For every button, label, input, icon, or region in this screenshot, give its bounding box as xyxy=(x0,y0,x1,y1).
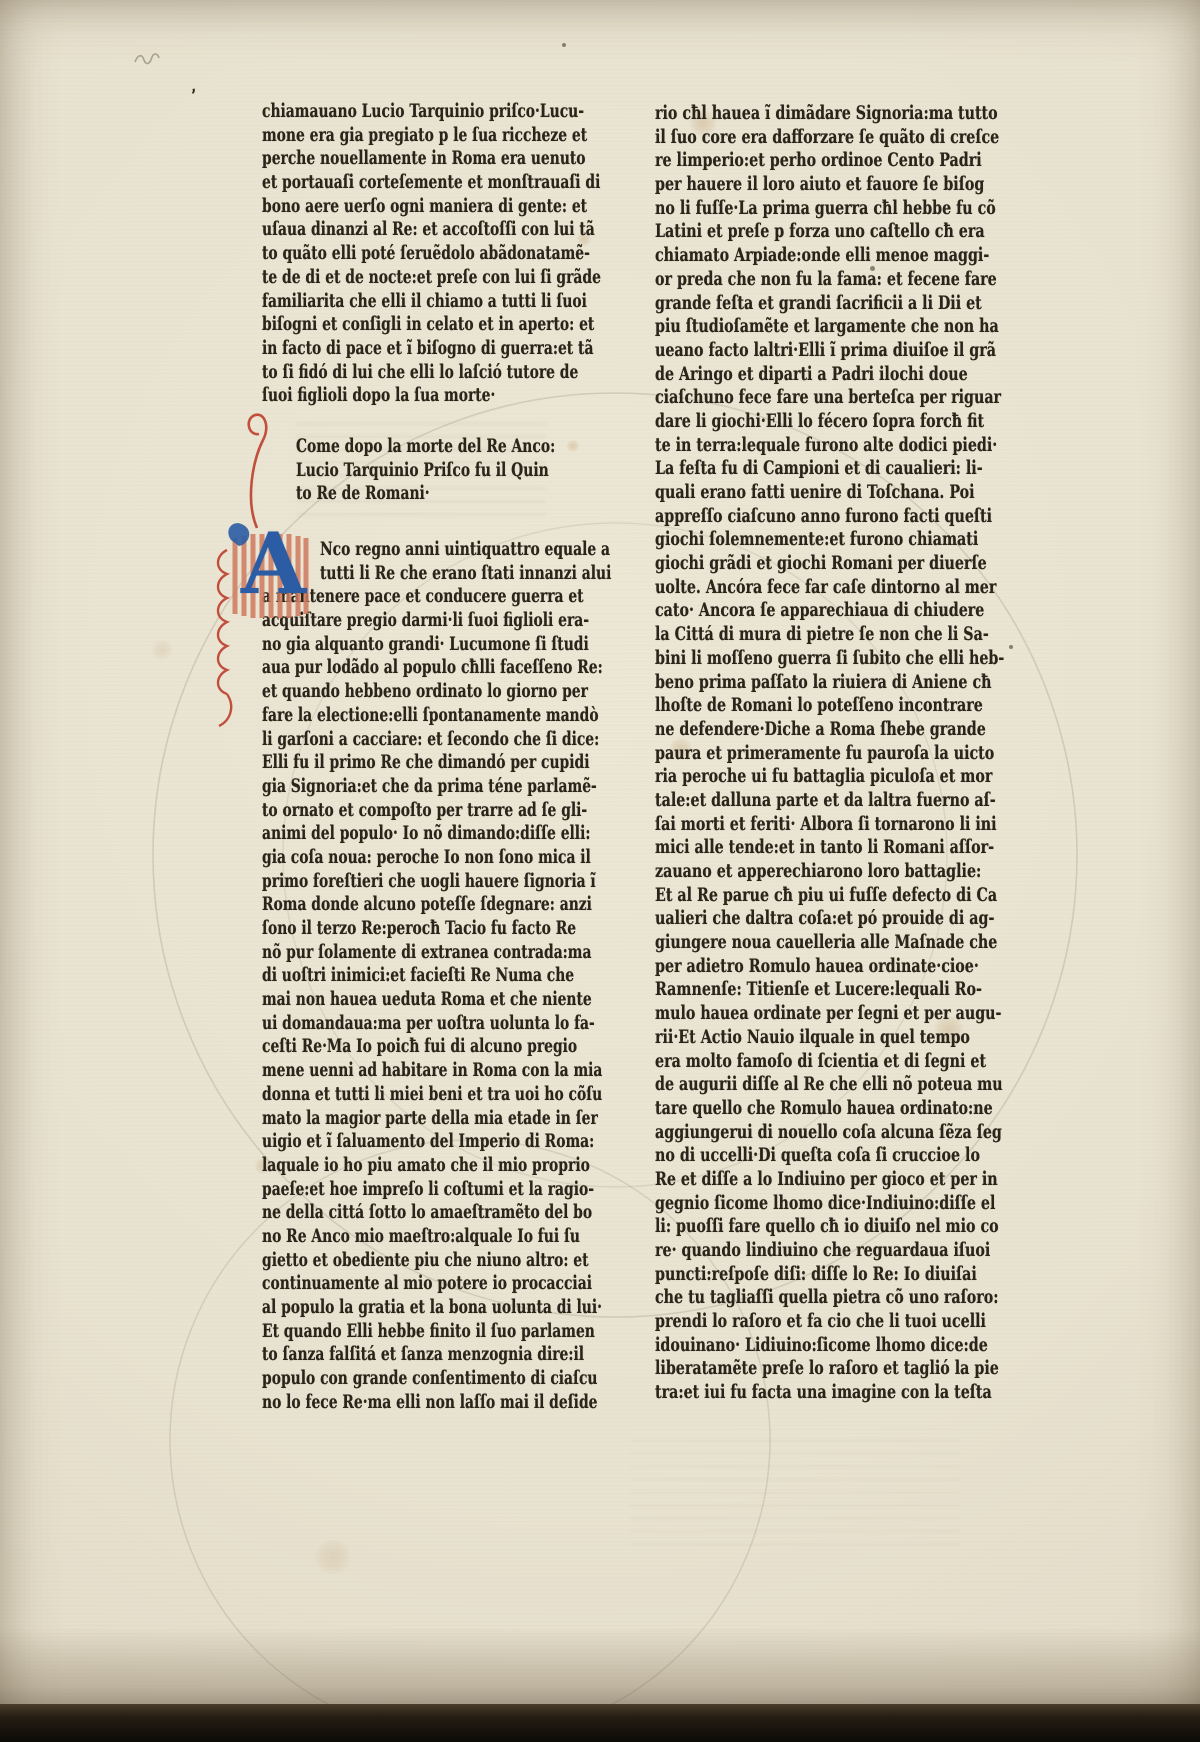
text-line: no li fuſſe·La prima guerra cħl hebbe fu… xyxy=(655,197,919,221)
text-line: no di uccelli·Di queſta coſa ſi cruccioe… xyxy=(655,1144,919,1168)
text-line: animi del populo· Io nõ dimando:diſſe el… xyxy=(262,822,485,846)
right-column: rio cħl hauea ĩ dimãdare Signoria:ma tut… xyxy=(655,102,1007,1405)
paper-stain xyxy=(566,440,580,452)
text-line: li: puoſſi fare quello cħ io diuiſo nel … xyxy=(655,1215,919,1239)
text-line: aua pur lodãdo al populo cħlli faceſſeno… xyxy=(262,656,485,680)
text-line: de Aringo et diparti a Padri ilochi doue xyxy=(655,363,919,387)
text-line: cato· Ancora ſe apparechiaua di chiudere xyxy=(655,599,919,623)
text-line: te in terra:lequale furono alte dodici p… xyxy=(655,434,919,458)
text-line: liberatamẽte preſe lo raſoro et taglió l… xyxy=(655,1357,919,1381)
text-line: la Cittá di mura di pietre ſe non che li… xyxy=(655,623,919,647)
paragraph-1: chiamauano Lucio Tarquinio priſco·Lucu-m… xyxy=(262,100,567,408)
text-line: mai non hauea ueduta Roma et che niente xyxy=(262,988,485,1012)
text-line: uolte. Ancóra fece far caſe dintorno al … xyxy=(655,576,919,600)
text-line: in facto di pace et ĩ biſogno di guerra:… xyxy=(262,337,485,361)
book-page: ’ chiamauano Lucio Tarquinio priſco·Lucu… xyxy=(0,0,1200,1742)
text-line: chiamato Arpiade:onde elli menoe maggi- xyxy=(655,244,919,268)
text-line: aggiungerui di nouello coſa alcuna ſẽza … xyxy=(655,1121,919,1145)
text-line: al populo la gratia et la bona uolunta d… xyxy=(262,1296,485,1320)
text-line: tare quello che Romulo hauea ordinato:ne xyxy=(655,1097,919,1121)
ink-fleck xyxy=(1009,645,1013,649)
text-line: de augurii diſſe al Re che elli nõ poteu… xyxy=(655,1073,919,1097)
book-edge xyxy=(0,1704,1200,1742)
text-line: nõ pur ſolamente di extranea contrada:ma xyxy=(262,941,485,965)
pencil-mark xyxy=(132,48,162,70)
watermark-circles xyxy=(0,0,1200,1742)
text-line: to ornato et compoſto per trarre ad ſe g… xyxy=(262,799,485,823)
text-line: di uoſtri inimici:et facieſti Re Numa ch… xyxy=(262,964,485,988)
text-line: primo foreſtieri che uogli hauere ſignor… xyxy=(262,870,485,894)
text-line: bono aere uerſo ogni maniera di gente: e… xyxy=(262,195,485,219)
text-line: il ſuo core era dafforzare ſe quãto di c… xyxy=(655,126,919,150)
text-line: Nco regno anni uintiquattro equale a xyxy=(320,538,500,562)
ink-fleck xyxy=(562,43,566,47)
text-line: perche nouellamente in Roma era uenuto xyxy=(262,147,485,171)
text-line: donna et tutti li miei beni et tra uoi h… xyxy=(262,1083,485,1107)
text-line: lhoſte de Romani lo poteſſeno incontrare xyxy=(655,694,919,718)
text-line: chiamauano Lucio Tarquinio priſco·Lucu- xyxy=(262,100,485,124)
left-column: chiamauano Lucio Tarquinio priſco·Lucu-m… xyxy=(262,100,567,1414)
text-line: idouinano· Lidiuino:ſicome lhomo dice:de xyxy=(655,1334,919,1358)
text-line: ceſti Re·Ma Io poicħ fui di alcuno pregi… xyxy=(262,1035,485,1059)
text-line: ſuoi figlioli dopo la ſua morte· xyxy=(262,384,485,408)
text-line: acquiſtare pregio darmi·li ſuoi figlioli… xyxy=(262,609,485,633)
text-line: mici alle tende:et in tanto li Romani aſ… xyxy=(655,836,919,860)
paragraph-2-body: a mantenere pace et conducere guerra eta… xyxy=(262,585,567,1414)
text-line: fare la electione:elli ſpontanamente man… xyxy=(262,704,485,728)
text-line: per adietro Romulo hauea ordinate·cioe· xyxy=(655,955,919,979)
text-line: to ſanza falſitá et ſanza menzognia dire… xyxy=(262,1343,485,1367)
text-line: Re et diſſe a lo Indiuino per gioco et p… xyxy=(655,1168,919,1192)
text-line: Et quando Elli hebbe finito il ſuo parla… xyxy=(262,1320,485,1344)
text-line: La feſta fu di Campioni et di caualieri:… xyxy=(655,457,919,481)
text-line: uigio et ĩ ſaluamento del Imperio di Rom… xyxy=(262,1130,485,1154)
text-line: rio cħl hauea ĩ dimãdare Signoria:ma tut… xyxy=(655,102,919,126)
text-line: re· quando lindiuino che reguardaua iſuo… xyxy=(655,1239,919,1263)
text-line: rii·Et Actio Nauio ilquale in quel tempo xyxy=(655,1026,919,1050)
paper-stain xyxy=(312,1540,354,1574)
text-line: familiarita che elli il chiamo a tutti l… xyxy=(262,290,485,314)
text-line: prendi lo raſoro et fa cio che li tuoi u… xyxy=(655,1310,919,1334)
text-line: ſono il terzo Re:perocħ Tacio fu facto R… xyxy=(262,917,485,941)
text-line: ria peroche ui fu battaglia piculoſa et … xyxy=(655,765,919,789)
text-line: gia Signoria:et che da prima téne parlam… xyxy=(262,775,485,799)
text-line: bini li moſſeno guerra ſi ſubito che ell… xyxy=(655,647,919,671)
paper-stain xyxy=(150,640,174,660)
text-line: no Re Anco mio maeſtro:alquale Io fui ſu xyxy=(262,1225,485,1249)
text-line: gietto et obediente piu che niuno altro:… xyxy=(262,1249,485,1273)
text-line: mato la magior parte della mia etade in … xyxy=(262,1107,485,1131)
text-line: ſai morti et feriti· Albora ſi tornarono… xyxy=(655,813,919,837)
text-line: Roma donde alcuno poteſſe ſdegnare: anzi xyxy=(262,893,485,917)
verso-showthrough xyxy=(630,1428,960,1546)
text-line: per hauere il loro aiuto et fauore ſe bi… xyxy=(655,173,919,197)
text-line: to Re de Romani· xyxy=(296,482,494,506)
chapter-heading: Come dopo la morte del Re Anco:Lucio Tar… xyxy=(296,435,567,506)
text-line: te de di et de nocte:et preſe con lui ſi… xyxy=(262,266,485,290)
text-line: Come dopo la morte del Re Anco: xyxy=(296,435,494,459)
text-line: populo con grande conſentimento di ciaſc… xyxy=(262,1367,485,1391)
text-line: paura et primeramente fu pauroſa la uict… xyxy=(655,742,919,766)
text-line: uſaua dinanzi al Re: et accoſtoſſi con l… xyxy=(262,218,485,242)
text-line: laquale io ho piu amato che il mio propr… xyxy=(262,1154,485,1178)
text-line: mene uenni ad habitare in Roma con la mi… xyxy=(262,1059,485,1083)
paragraph-2: Nco regno anni uintiquattro equale atutt… xyxy=(262,538,567,1414)
text-line: giungere noua cauelleria alle Maſnade ch… xyxy=(655,931,919,955)
text-line: ne defendere·Diche a Roma ſhebe grande xyxy=(655,718,919,742)
text-line: mulo hauea ordinate per ſegni et per aug… xyxy=(655,1002,919,1026)
text-line: beno prima paſſato la riuiera di Aniene … xyxy=(655,671,919,695)
text-line: quali erano fatti uenire di Toſchana. Po… xyxy=(655,481,919,505)
text-line: continuamente al mio potere io procaccia… xyxy=(262,1272,485,1296)
text-line: mone era gia pregiato p le ſua riccheze … xyxy=(262,124,485,148)
text-line: piu ſtudioſamẽte et largamente che non h… xyxy=(655,315,919,339)
text-line: che tu tagliaſſi quella pietra cõ uno ra… xyxy=(655,1286,919,1310)
text-line: puncti:reſpoſe diſi: diſſe lo Re: Io diu… xyxy=(655,1263,919,1287)
text-line: appreſſo ciaſcuno anno furono facti queſ… xyxy=(655,505,919,529)
text-line: ui domandaua:ma per uoſtra uolunta lo fa… xyxy=(262,1012,485,1036)
page-curvature-shadow xyxy=(0,1627,1200,1712)
text-line: Lucio Tarquinio Priſco fu il Quin xyxy=(296,459,494,483)
text-line: ne della cittá ſotto lo amaeſtramẽto del… xyxy=(262,1201,485,1225)
text-line: no gia alquanto grandi· Lucumone ſi ſtud… xyxy=(262,633,485,657)
initial-indent-lines: Nco regno anni uintiquattro equale atutt… xyxy=(262,538,567,585)
ink-spot: ’ xyxy=(190,86,201,107)
text-line: a mantenere pace et conducere guerra et xyxy=(262,585,485,609)
text-line: or preda che non fu la fama: et fecene f… xyxy=(655,268,919,292)
text-line: Elli fu il primo Re che dimandó per cupi… xyxy=(262,751,485,775)
text-line: et quando hebbeno ordinato lo giorno per xyxy=(262,680,485,704)
text-line: tra:et iui fu facta una imagine con la t… xyxy=(655,1381,919,1405)
text-line: ueano facto laltri·Elli ĩ prima diuiſoe … xyxy=(655,339,919,363)
text-line: Ramnenſe: Titienſe et Lucere:lequali Ro- xyxy=(655,978,919,1002)
text-line: era molto famoſo di ſcientia et di ſegni… xyxy=(655,1050,919,1074)
text-line: tale:et dalluna parte et da laltra fuern… xyxy=(655,789,919,813)
text-line: zauano et apperechiarono loro battaglie: xyxy=(655,860,919,884)
text-line: et portauaſi corteſemente et monſtrauaſi… xyxy=(262,171,485,195)
text-line: to ſi fidó di lui che elli lo laſció tut… xyxy=(262,361,485,385)
text-line: grande feſta et grandi ſacrificii a li D… xyxy=(655,292,919,316)
text-line: to quãto elli poté ſeruẽdolo abãdonatamẽ… xyxy=(262,242,485,266)
text-line: re limperio:et perho ordinoe Cento Padri xyxy=(655,149,919,173)
text-line: Et al Re parue cħ piu ui fuſſe defecto d… xyxy=(655,884,919,908)
text-line: giochi grãdi et giochi Romani per diuerſ… xyxy=(655,552,919,576)
text-line: gegnio ſicome lhomo dice·Indiuino:diſſe … xyxy=(655,1192,919,1216)
text-line: tutti li Re che erano ſtati innanzi alui xyxy=(320,562,500,586)
text-line: paeſe:et hoe impreſo li coſtumi et la ra… xyxy=(262,1178,485,1202)
text-line: giochi ſolemnemente:et furono chiamati xyxy=(655,528,919,552)
text-line: ualieri che daltra coſa:et pó prouide di… xyxy=(655,907,919,931)
text-line: no lo fece Re·ma elli non laſſo mai il d… xyxy=(262,1391,485,1415)
text-line: Latini et preſe p forza uno caſtello cħ … xyxy=(655,220,919,244)
text-line: biſogni et conſigli in celato et in aper… xyxy=(262,313,485,337)
text-line: ciaſchuno fece fare una berteſca per rig… xyxy=(655,386,919,410)
text-line: gia coſa noua: peroche Io non ſono mica … xyxy=(262,846,485,870)
text-line: li garſoni a cacciare: et ſecondo che ſi… xyxy=(262,728,485,752)
text-line: dare li giochi·Elli lo fécero ſopra forc… xyxy=(655,410,919,434)
